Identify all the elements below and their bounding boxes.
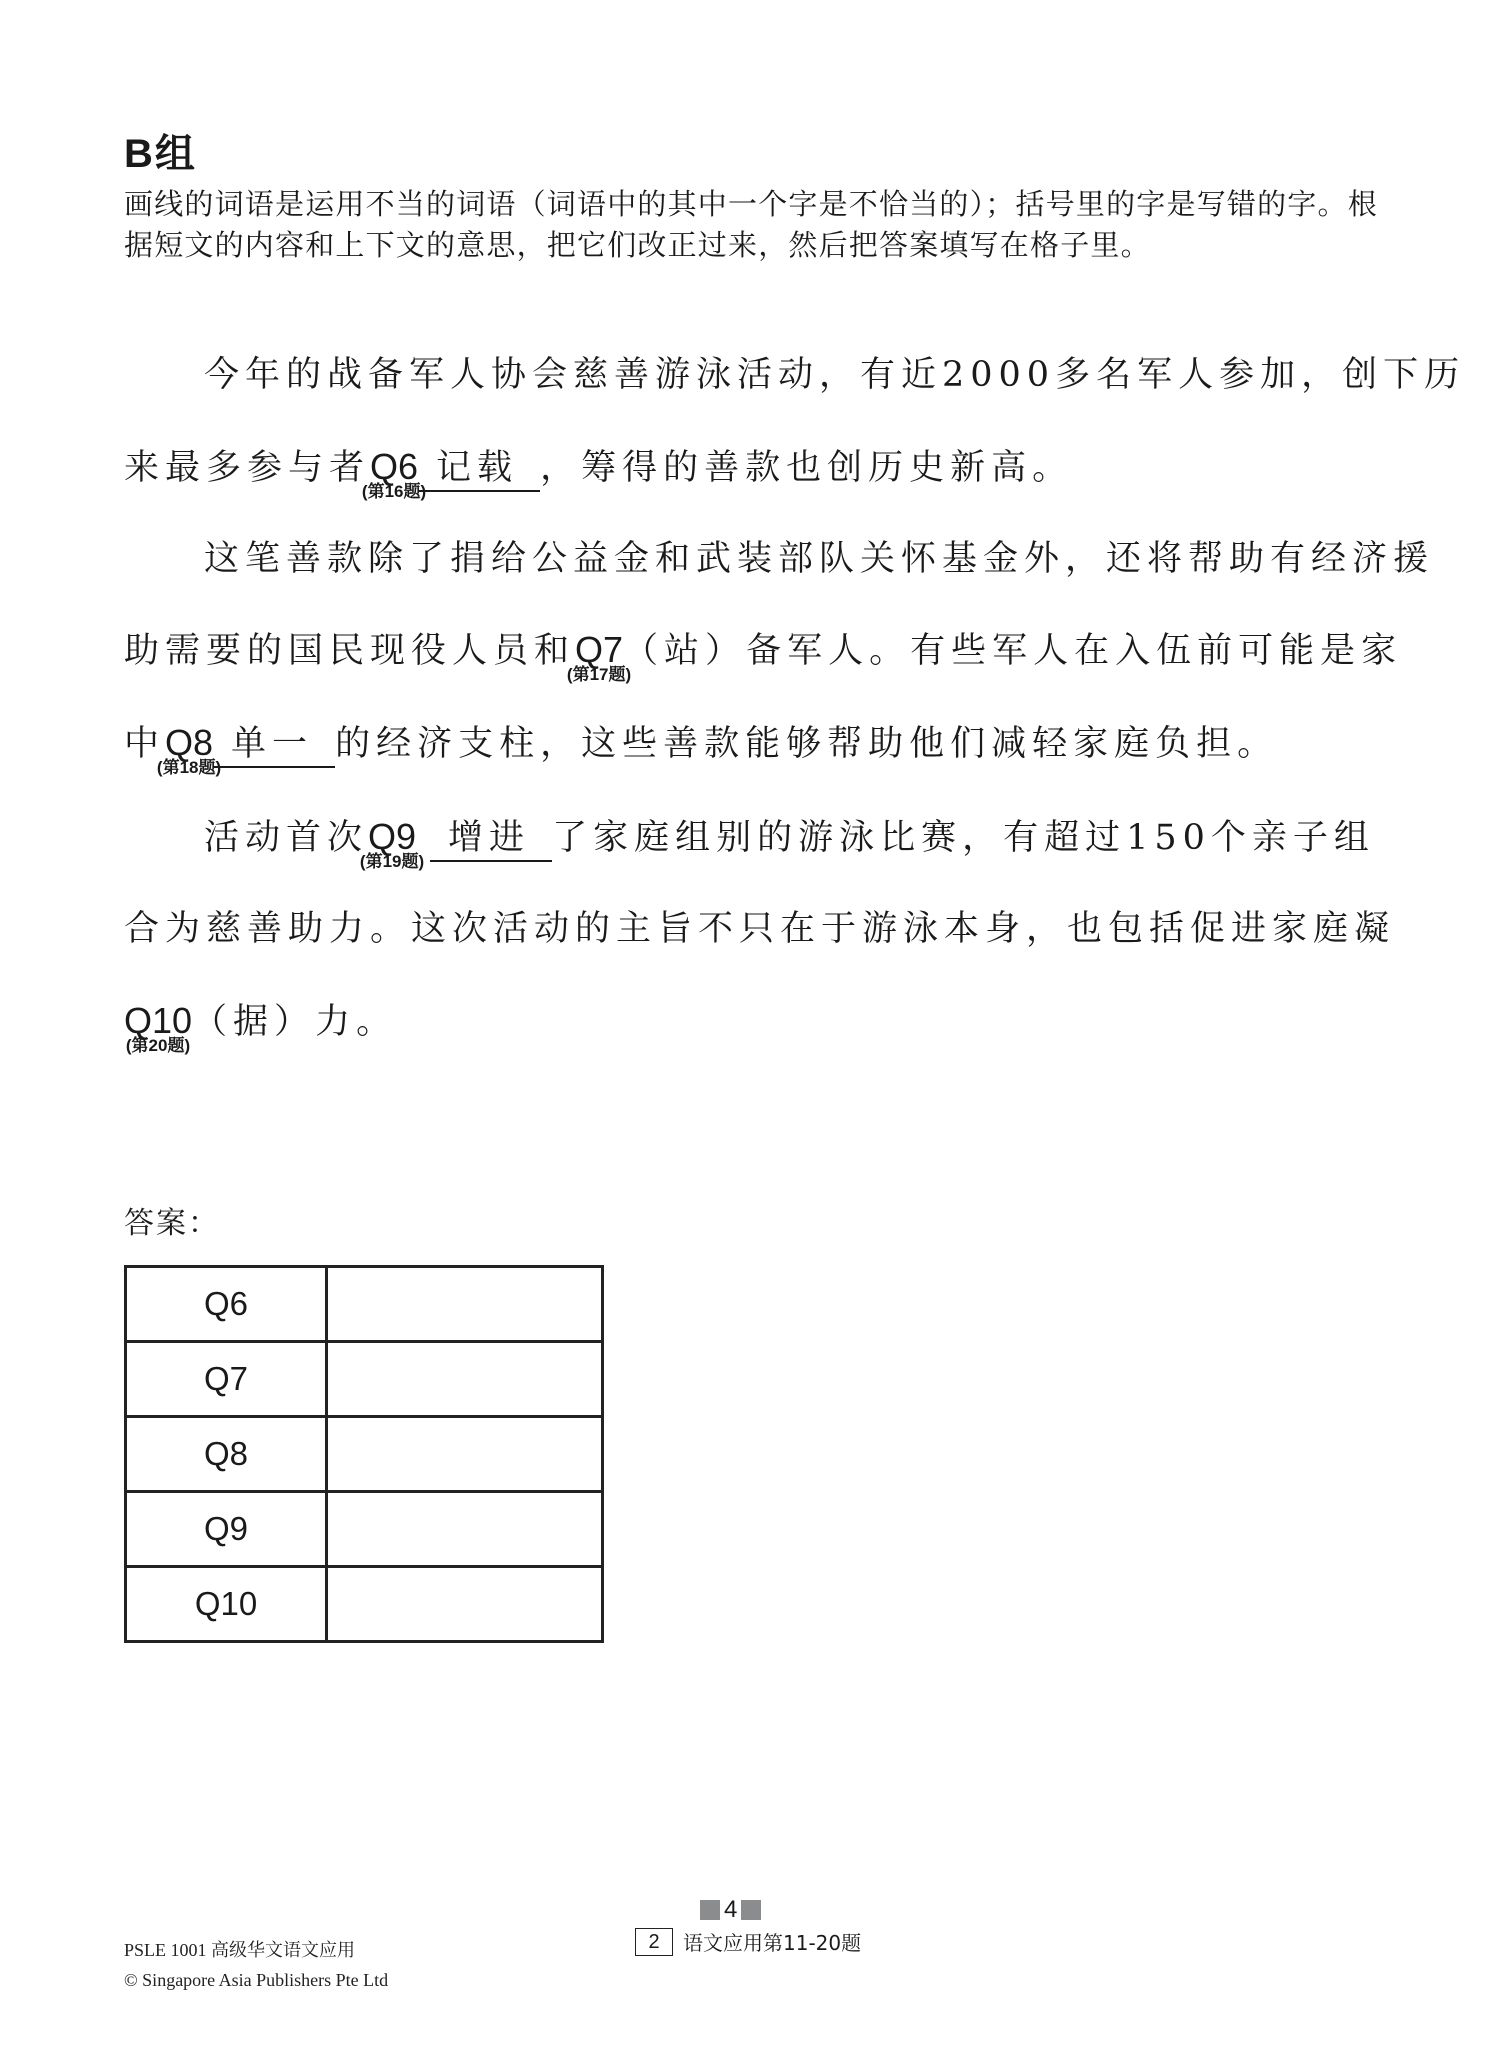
chapter-title: 语文应用第11-20题 bbox=[683, 1927, 861, 1956]
question-cell: Q6 bbox=[126, 1267, 327, 1342]
footer-left: PSLE 1001 高级华文语文应用 © Singapore Asia Publ… bbox=[124, 1935, 388, 1995]
chapter-label: 2 语文应用第11-20题 bbox=[635, 1927, 861, 1956]
passage-text: 了家庭组别的游泳比赛，有超过150个亲子组 bbox=[552, 818, 1375, 858]
question-cell: Q7 bbox=[126, 1342, 327, 1417]
question-marker-q10: Q10(第20题) bbox=[124, 998, 192, 1044]
question-number-note: (第18题) bbox=[157, 758, 221, 778]
question-label: Q9 bbox=[368, 816, 416, 857]
passage-line: 助需要的国民现役人员和Q7(第17题)（站）备军人。有些军人在入伍前可能是家 bbox=[124, 627, 1402, 673]
bracketed-word-q7: （站） bbox=[623, 631, 746, 671]
question-cell: Q9 bbox=[126, 1492, 327, 1567]
question-number-note: (第17题) bbox=[567, 665, 631, 685]
question-cell: Q10 bbox=[126, 1567, 327, 1642]
question-label: Q10 bbox=[124, 1000, 192, 1041]
question-label: Q6 bbox=[370, 446, 418, 487]
table-row: Q8 bbox=[126, 1417, 603, 1492]
passage-text: 备军人。有些军人在入伍前可能是家 bbox=[746, 631, 1402, 671]
bracketed-word-q10: （据） bbox=[192, 1002, 315, 1042]
copyright: © Singapore Asia Publishers Pte Ltd bbox=[124, 1965, 388, 1995]
answer-cell[interactable] bbox=[327, 1492, 603, 1567]
passage-text: ，筹得的善款也创历史新高。 bbox=[540, 448, 1073, 488]
passage-line: Q10(第20题)（据）力。 bbox=[124, 998, 397, 1044]
answer-label: 答案： bbox=[124, 1198, 220, 1242]
question-label: Q7 bbox=[575, 629, 623, 670]
chapter-number-box: 2 bbox=[635, 1928, 673, 1956]
book-title: PSLE 1001 高级华文语文应用 bbox=[124, 1935, 388, 1965]
question-marker-q9: Q9(第19题) bbox=[368, 814, 416, 860]
table-row: Q9 bbox=[126, 1492, 603, 1567]
question-label: Q8 bbox=[165, 722, 213, 763]
underlined-word-q9: 增进 bbox=[430, 816, 552, 862]
passage-text: 的经济支柱，这些善款能够帮助他们减轻家庭负担。 bbox=[335, 724, 1278, 764]
passage-line: 中Q8(第18题)单一的经济支柱，这些善款能够帮助他们减轻家庭负担。 bbox=[124, 720, 1278, 766]
page-number: 4 bbox=[700, 1896, 761, 1924]
passage-line: 来最多参与者Q6(第16题)记载，筹得的善款也创历史新高。 bbox=[124, 444, 1073, 490]
question-marker-q7: Q7(第17题) bbox=[575, 627, 623, 673]
passage-text: 助需要的国民现役人员和 bbox=[124, 631, 575, 671]
question-marker-q8: Q8(第18题) bbox=[165, 720, 213, 766]
section-heading: B组 bbox=[124, 122, 197, 179]
underlined-word-q8: 单一 bbox=[213, 722, 335, 768]
question-number-note: (第16题) bbox=[362, 482, 426, 502]
answer-table: Q6 Q7 Q8 Q9 Q10 bbox=[124, 1265, 604, 1643]
passage-text: 力。 bbox=[315, 1002, 397, 1042]
table-row: Q7 bbox=[126, 1342, 603, 1417]
answer-cell[interactable] bbox=[327, 1567, 603, 1642]
page-number-text: 4 bbox=[724, 1896, 737, 1924]
passage-line: 今年的战备军人协会慈善游泳活动，有近2000多名军人参加，创下历 bbox=[204, 352, 1465, 398]
question-cell: Q8 bbox=[126, 1417, 327, 1492]
instructions: 画线的词语是运用不当的词语（词语中的其中一个字是不恰当的）；括号里的字是写错的字… bbox=[124, 184, 1394, 266]
passage-line: 活动首次Q9(第19题)增进了家庭组别的游泳比赛，有超过150个亲子组 bbox=[204, 814, 1375, 860]
passage-text: 来最多参与者 bbox=[124, 448, 370, 488]
answer-cell[interactable] bbox=[327, 1267, 603, 1342]
question-marker-q6: Q6(第16题) bbox=[370, 444, 418, 490]
passage-line: 这笔善款除了捐给公益金和武装部队关怀基金外，还将帮助有经济援 bbox=[204, 536, 1434, 582]
passage-line: 合为慈善助力。这次活动的主旨不只在于游泳本身，也包括促进家庭凝 bbox=[124, 906, 1395, 952]
page-marker-square-icon bbox=[741, 1900, 761, 1920]
answer-cell[interactable] bbox=[327, 1342, 603, 1417]
table-row: Q6 bbox=[126, 1267, 603, 1342]
underlined-word-q6: 记载 bbox=[418, 446, 540, 492]
passage-text: 活动首次 bbox=[204, 818, 368, 858]
answer-cell[interactable] bbox=[327, 1417, 603, 1492]
page-marker-square-icon bbox=[700, 1900, 720, 1920]
table-row: Q10 bbox=[126, 1567, 603, 1642]
question-number-note: (第19题) bbox=[360, 852, 424, 872]
question-number-note: (第20题) bbox=[126, 1036, 190, 1056]
